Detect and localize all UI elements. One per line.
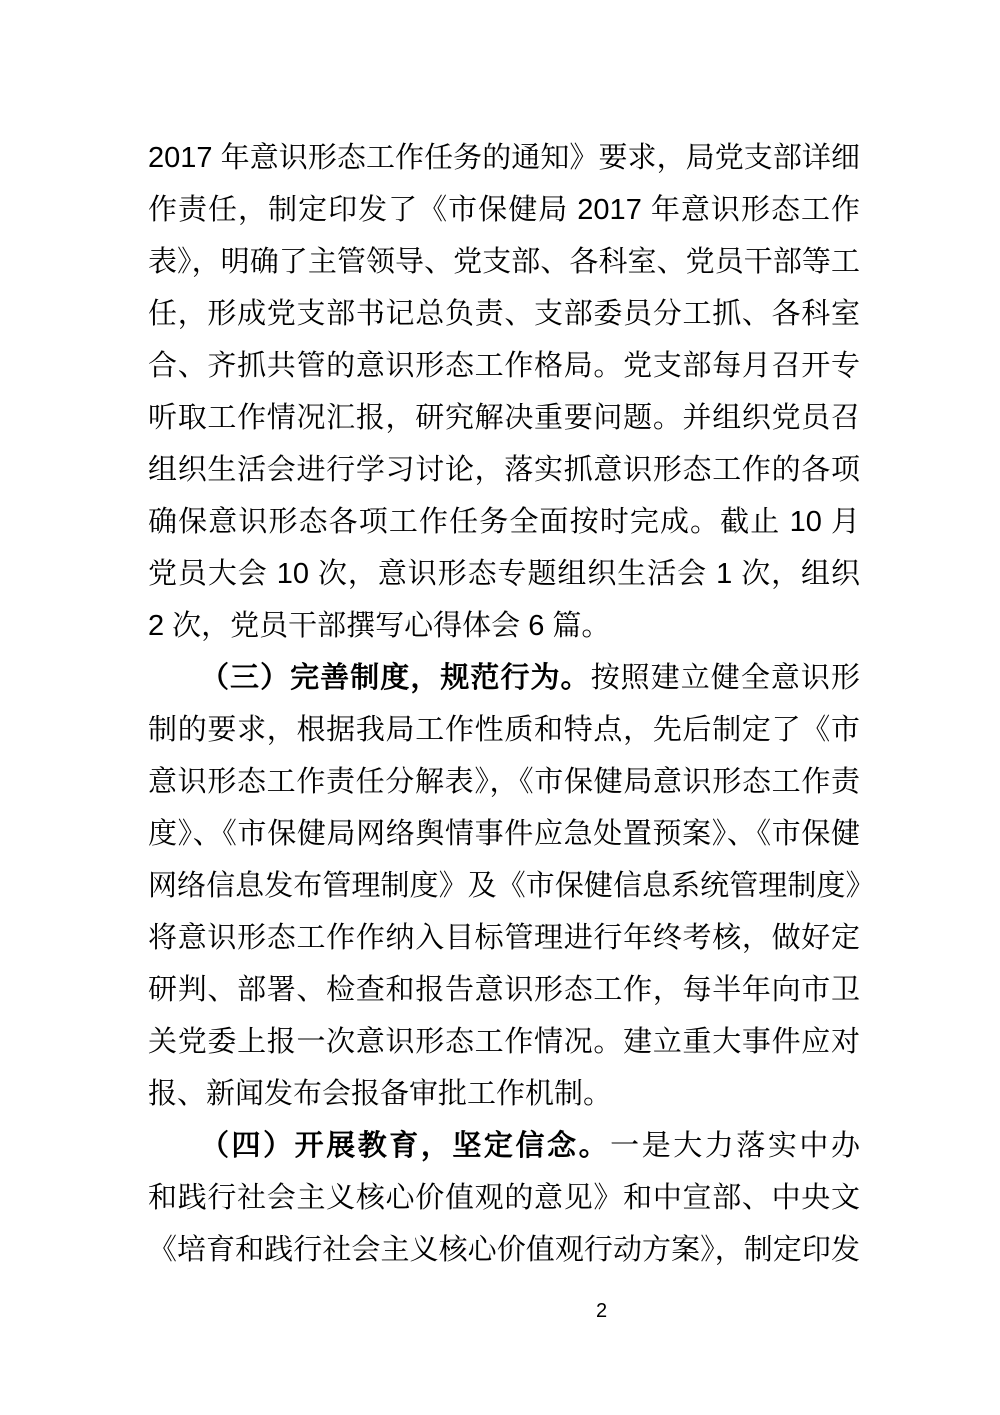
document-body: 2017 年意识形态工作任务的通知》要求，局党支部详细分解工 作责任，制定印发了… <box>148 132 860 1276</box>
text-line: 党员大会 10 次，意识形态专题组织生活会 1 次，组织交流讨论 <box>148 548 860 600</box>
section-heading-bold: （三）完善制度，规范行为。 <box>200 662 591 694</box>
text-line section-heading-4: （四）开展教育，坚定信念。一是大力落实中办《关于培育 <box>148 1120 860 1172</box>
page-number: 2 <box>596 1298 636 1324</box>
text-line: 《培育和践行社会主义核心价值观行动方案》，制定印发《市 <box>148 1224 860 1276</box>
text-line: 制的要求，根据我局工作性质和特点，先后制定了《市保健局 <box>148 704 860 756</box>
text-line paragraph-end: 报、新闻发布会报备审批工作机制。 <box>148 1068 860 1120</box>
text-line: 听取工作情况汇报，研究解决重要问题。并组织党员召开专题 <box>148 392 860 444</box>
text-line: 表》，明确了主管领导、党支部、各科室、党员干部等工作责 <box>148 236 860 288</box>
text-line: 2017 年意识形态工作任务的通知》要求，局党支部详细分解工 <box>148 132 860 184</box>
text-line: 合、齐抓共管的意识形态工作格局。党支部每月召开专题会议， <box>148 340 860 392</box>
text-line: 将意识形态工作作纳入目标管理进行年终考核，做好定期分析、 <box>148 912 860 964</box>
text-line: 任，形成党支部书记总负责、支部委员分工抓、各科室相互配 <box>148 288 860 340</box>
text-line section-heading-3: （三）完善制度，规范行为。按照建立健全意识形态工作机 <box>148 652 860 704</box>
text-line: 关党委上报一次意识形态工作情况。建立重大事件应对处置汇 <box>148 1016 860 1068</box>
section-heading-bold: （四）开展教育，坚定信念。 <box>200 1130 610 1162</box>
text-line: 研判、部署、检查和报告意识形态工作，每半年向市卫计委机 <box>148 964 860 1016</box>
text-line: 度》、《市保健局网络舆情事件应急处置预案》、《市保健局 <box>148 808 860 860</box>
text-line: 和践行社会主义核心价值观的意见》和中宣部、中央文明办 <box>148 1172 860 1224</box>
document-page: 2017 年意识形态工作任务的通知》要求，局党支部详细分解工 作责任，制定印发了… <box>0 0 1000 1415</box>
text-line: 确保意识形态各项工作任务全面按时完成。截止 10 月底，召开 <box>148 496 860 548</box>
text-line: 作责任，制定印发了《市保健局 2017 年意识形态工作任务分解 <box>148 184 860 236</box>
text-line: 组织生活会进行学习讨论，落实抓意识形态工作的各项工作， <box>148 444 860 496</box>
text-line paragraph-end: 2 次，党员干部撰写心得体会 6 篇。 <box>148 600 860 652</box>
text-line: 网络信息发布管理制度》及《市保健信息系统管理制度》等， <box>148 860 860 912</box>
text-line: 意识形态工作责任分解表》，《市保健局意识形态工作责任制 <box>148 756 860 808</box>
